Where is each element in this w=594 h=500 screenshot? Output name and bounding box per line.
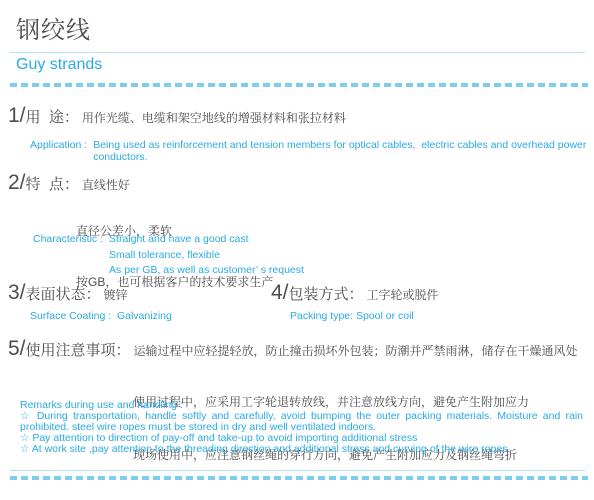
section-usage-en-label: Application : (30, 139, 87, 151)
section-surface-text-cn: 镀锌 (104, 286, 128, 303)
remark-3: ☆ At work site ,pay attention to the thr… (20, 444, 583, 455)
page-title: 钢绞线 (16, 10, 91, 45)
section-usage-en-line1: Being used as reinforcement and tension … (93, 139, 586, 151)
section-packing-text-cn: 工字轮或脱件 (367, 286, 439, 303)
section-features-number: 2/ (8, 171, 26, 195)
section-features-en-line3: As per GB, as well as customer’ s reques… (109, 263, 304, 279)
section-precautions-line1-cn: 运输过程中应轻提轻放，防止撞击损坏外包装；防潮并严禁雨淋，储存在干燥通风处 (134, 342, 578, 359)
section-surface-header: 3/表面状态：镀锌 (8, 281, 128, 305)
section-features-label: 特 点： (26, 173, 79, 194)
section-features-en-text: Straight and have a good cast Small tole… (109, 232, 304, 279)
product-page: 钢绞线 Guy strands 1/用 途：用作光缆、电缆和架空地线的增强材料和… (0, 0, 594, 500)
page-subtitle: Guy strands (16, 56, 102, 74)
section-surface-label: 表面状态： (26, 283, 101, 304)
section-precautions-number: 5/ (8, 337, 26, 361)
top-dashed-divider (10, 83, 588, 87)
section-usage-number: 1/ (8, 104, 26, 128)
section-packing-en-text: Packing type: Spool or coil (290, 310, 414, 322)
section-packing-label: 包装方式： (289, 283, 364, 304)
section-packing-header: 4/包装方式：工字轮或脱件 (271, 281, 439, 305)
section-usage-english: Application : Being used as reinforcemen… (30, 139, 586, 163)
section-features-en-line1: Straight and have a good cast (109, 232, 304, 248)
section-precautions-header: 5/使用注意事项：运输过程中应轻提轻放，防止撞击损坏外包装；防潮并严禁雨淋，储存… (8, 337, 578, 361)
section-features-english: Characteristic : Straight and have a goo… (33, 232, 304, 279)
bottom-dashed-divider (10, 476, 588, 480)
section-usage-header: 1/用 途：用作光缆、电缆和架空地线的增强材料和张拉材料 (8, 104, 346, 128)
bottom-divider-line (10, 470, 585, 471)
title-divider-line (10, 52, 585, 53)
section-usage-en-line2: conductors. (93, 151, 586, 163)
section-surface-en-text: Surface Coating : Galvanizing (30, 310, 172, 322)
section-packing-number: 4/ (271, 281, 289, 305)
section-usage-text-cn: 用作光缆、电缆和架空地线的增强材料和张拉材料 (82, 109, 346, 126)
section-features-en-line2: Small tolerance, flexible (109, 248, 304, 264)
section-surface-number: 3/ (8, 281, 26, 305)
section-usage-en-text: Being used as reinforcement and tension … (93, 139, 586, 163)
section-features-en-label: Characteristic : (33, 233, 103, 245)
section-precautions-remarks: Remarks during use and handling : ☆ Duri… (20, 400, 583, 455)
section-precautions-label: 使用注意事项： (26, 339, 131, 360)
section-usage-label: 用 途： (26, 106, 79, 127)
